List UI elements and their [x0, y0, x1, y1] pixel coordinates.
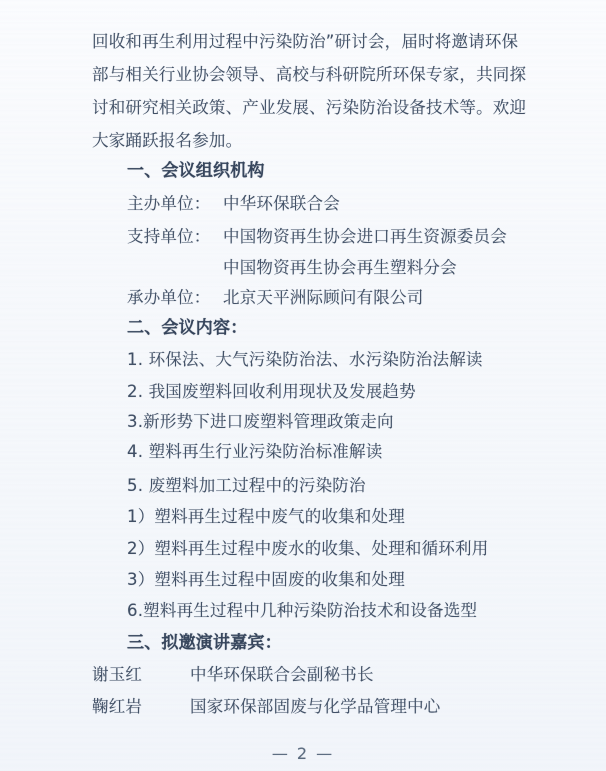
- section-heading-content: 二、会议内容：: [127, 317, 247, 339]
- agenda-item: 3.新形势下进口废塑料管理政策走向: [127, 411, 394, 433]
- org-label: 支持单位：: [127, 226, 223, 248]
- agenda-item: 6.塑料再生过程中几种污染防治技术和设备选型: [127, 600, 477, 622]
- org-label: 承办单位：: [127, 287, 223, 309]
- intro-line: 讨和研究相关政策、产业发展、污染防治设备技术等。欢迎: [92, 97, 526, 119]
- org-value: 中国物资再生协会再生塑料分会: [223, 258, 457, 277]
- speaker-name: 谢玉红: [92, 664, 190, 686]
- org-row: 承办单位：北京天平洲际顾问有限公司: [127, 287, 423, 309]
- speaker-row: 谢玉红中华环保联合会副秘书长: [92, 664, 374, 686]
- agenda-subitem: 2）塑料再生过程中废水的收集、处理和循环利用: [127, 538, 488, 560]
- speaker-name: 鞠红岩: [92, 696, 190, 718]
- speaker-title: 中华环保联合会副秘书长: [190, 665, 374, 684]
- org-row: 中国物资再生协会再生塑料分会: [127, 257, 457, 279]
- agenda-item: 2. 我国废塑料回收利用现状及发展趋势: [127, 381, 416, 403]
- org-label: 主办单位：: [127, 193, 223, 215]
- page-number: — 2 —: [0, 744, 606, 763]
- agenda-subitem: 3）塑料再生过程中固废的收集和处理: [127, 569, 405, 591]
- speaker-title: 国家环保部固废与化学品管理中心: [190, 697, 441, 716]
- agenda-item: 1. 环保法、大气污染防治法、水污染防治法解读: [127, 349, 483, 371]
- org-value: 北京天平洲际顾问有限公司: [223, 288, 423, 307]
- org-value: 中华环保联合会: [223, 194, 340, 213]
- org-row: 主办单位：中华环保联合会: [127, 193, 340, 215]
- section-heading-speakers: 三、拟邀演讲嘉宾：: [127, 632, 282, 654]
- intro-line: 部与相关行业协会领导、高校与科研院所环保专家，共同探: [92, 64, 526, 86]
- org-value: 中国物资再生协会进口再生资源委员会: [223, 227, 507, 246]
- scanned-document-page: 回收和再生利用过程中污染防治”研讨会，届时将邀请环保 部与相关行业协会领导、高校…: [0, 0, 606, 771]
- org-row: 支持单位：中国物资再生协会进口再生资源委员会: [127, 226, 507, 248]
- intro-line: 大家踊跃报名参加。: [92, 130, 242, 152]
- intro-line: 回收和再生利用过程中污染防治”研讨会，届时将邀请环保: [92, 31, 518, 53]
- agenda-subitem: 1）塑料再生过程中废气的收集和处理: [127, 506, 405, 528]
- speaker-row: 鞠红岩国家环保部固废与化学品管理中心: [92, 696, 441, 718]
- section-heading-organization: 一、会议组织机构: [127, 160, 265, 182]
- agenda-item: 5. 废塑料加工过程中的污染防治: [127, 475, 366, 497]
- agenda-item: 4. 塑料再生行业污染防治标准解读: [127, 441, 382, 463]
